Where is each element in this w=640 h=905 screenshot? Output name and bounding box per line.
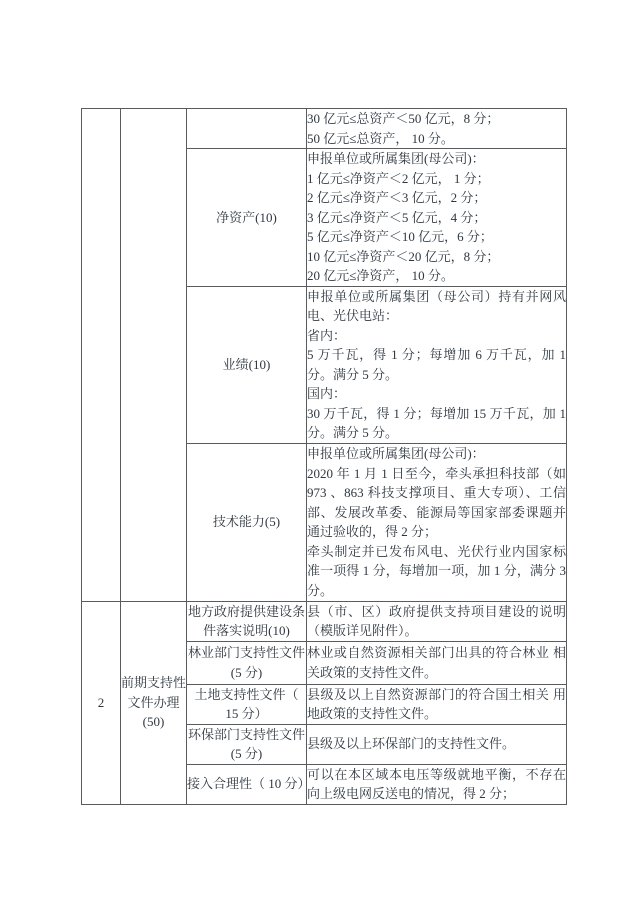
content-paragraph: 林业或自然资源相关部门出具的符合林业 相关政策的支持性文件。 (307, 643, 566, 682)
content-paragraph: 省内： (307, 326, 566, 346)
criterion-content-cell: 林业或自然资源相关部门出具的符合林业 相关政策的支持性文件。 (307, 641, 567, 684)
criterion-label-cell: 技术能力(5) (187, 443, 307, 601)
category-cell: 前期支持性文件办理(50) (121, 601, 187, 804)
category-cell (121, 109, 187, 602)
criterion-content-cell: 申报单位或所属集团(母公司)： 2020 年 1 月 1 日至今，牵头承担科技部… (307, 443, 567, 601)
criterion-label-cell: 业绩(10) (187, 286, 307, 443)
content-paragraph: 10 亿元≤净资产＜20 亿元，8 分； (307, 247, 566, 267)
content-paragraph: 牵头制定并已发布风电、光伏行业内国家标 准一项得 1 分，每增加一项，加 1 分… (307, 542, 566, 601)
document-page: 30 亿元≤总资产＜50 亿元，8 分； 50 亿元≤总资产， 10 分。 净资… (0, 0, 640, 905)
scoring-criteria-table: 30 亿元≤总资产＜50 亿元，8 分； 50 亿元≤总资产， 10 分。 净资… (81, 108, 567, 805)
row-number-cell (82, 109, 121, 602)
content-paragraph: 申报单位或所属集团（母公司）持有并网风电、光伏电站： (307, 287, 566, 326)
content-paragraph: 20 亿元≤净资产， 10 分。 (307, 266, 566, 286)
criterion-label-cell: 净资产(10) (187, 149, 307, 287)
criterion-content-cell: 县级及以上自然资源部门的符合国土相关 用地政策的支持性文件。 (307, 684, 567, 724)
content-paragraph: 国内： (307, 384, 566, 404)
content-paragraph: 县级及以上环保部门的支持性文件。 (307, 734, 566, 754)
criterion-content-cell: 县（市、区）政府提供支持项目建设的说明（模版详见附件）。 (307, 601, 567, 641)
criterion-label-cell: 林业部门支持性文件(5 分) (187, 641, 307, 684)
content-paragraph: 30 亿元≤总资产＜50 亿元，8 分； (307, 109, 566, 129)
criterion-label-cell (187, 109, 307, 149)
content-paragraph: 县级及以上自然资源部门的符合国土相关 用地政策的支持性文件。 (307, 685, 566, 724)
criterion-content-cell: 可以在本区域本电压等级就地平衡，不存在 向上级电网反送电的情况，得 2 分； (307, 764, 567, 804)
content-paragraph: 3 亿元≤净资产＜5 亿元，4 分； (307, 208, 566, 228)
criterion-content-cell: 申报单位或所属集团(母公司)： 1 亿元≤净资产＜2 亿元， 1 分； 2 亿元… (307, 149, 567, 287)
table-row: 30 亿元≤总资产＜50 亿元，8 分； 50 亿元≤总资产， 10 分。 (82, 109, 567, 149)
criterion-label-cell: 地方政府提供建设条件落实说明(10) (187, 601, 307, 641)
criterion-label-cell: 环保部门支持性文件(5 分) (187, 724, 307, 764)
content-paragraph: 县（市、区）政府提供支持项目建设的说明（模版详见附件）。 (307, 602, 566, 641)
content-paragraph: 申报单位或所属集团(母公司)： (307, 444, 566, 464)
content-paragraph: 5 亿元≤净资产＜10 亿元，6 分； (307, 227, 566, 247)
content-paragraph: 50 亿元≤总资产， 10 分。 (307, 129, 566, 149)
content-paragraph: 5 万千瓦，得 1 分；每增加 6 万千瓦，加 1 分。满分 5 分。 (307, 345, 566, 384)
criterion-label-cell: 接入合理性（ 10 分） (187, 764, 307, 804)
row-number-cell: 2 (82, 601, 121, 804)
content-paragraph: 2020 年 1 月 1 日至今，牵头承担科技部（如 973 、863 科技支撑… (307, 464, 566, 542)
criterion-content-cell: 申报单位或所属集团（母公司）持有并网风电、光伏电站： 省内： 5 万千瓦，得 1… (307, 286, 567, 443)
content-paragraph: 可以在本区域本电压等级就地平衡，不存在 向上级电网反送电的情况，得 2 分； (307, 765, 566, 804)
content-paragraph: 30 万千瓦，得 1 分；每增加 15 万千瓦，加 1 分。满分 5 分。 (307, 404, 566, 443)
content-paragraph: 申报单位或所属集团(母公司)： (307, 149, 566, 169)
criterion-content-cell: 县级及以上环保部门的支持性文件。 (307, 724, 567, 764)
content-paragraph: 2 亿元≤净资产＜3 亿元，2 分； (307, 188, 566, 208)
criterion-content-cell: 30 亿元≤总资产＜50 亿元，8 分； 50 亿元≤总资产， 10 分。 (307, 109, 567, 149)
content-paragraph: 1 亿元≤净资产＜2 亿元， 1 分； (307, 169, 566, 189)
criterion-label-cell: 土地支持性文件（ 15 分） (187, 684, 307, 724)
table-row: 2 前期支持性文件办理(50) 地方政府提供建设条件落实说明(10) 县（市、区… (82, 601, 567, 641)
